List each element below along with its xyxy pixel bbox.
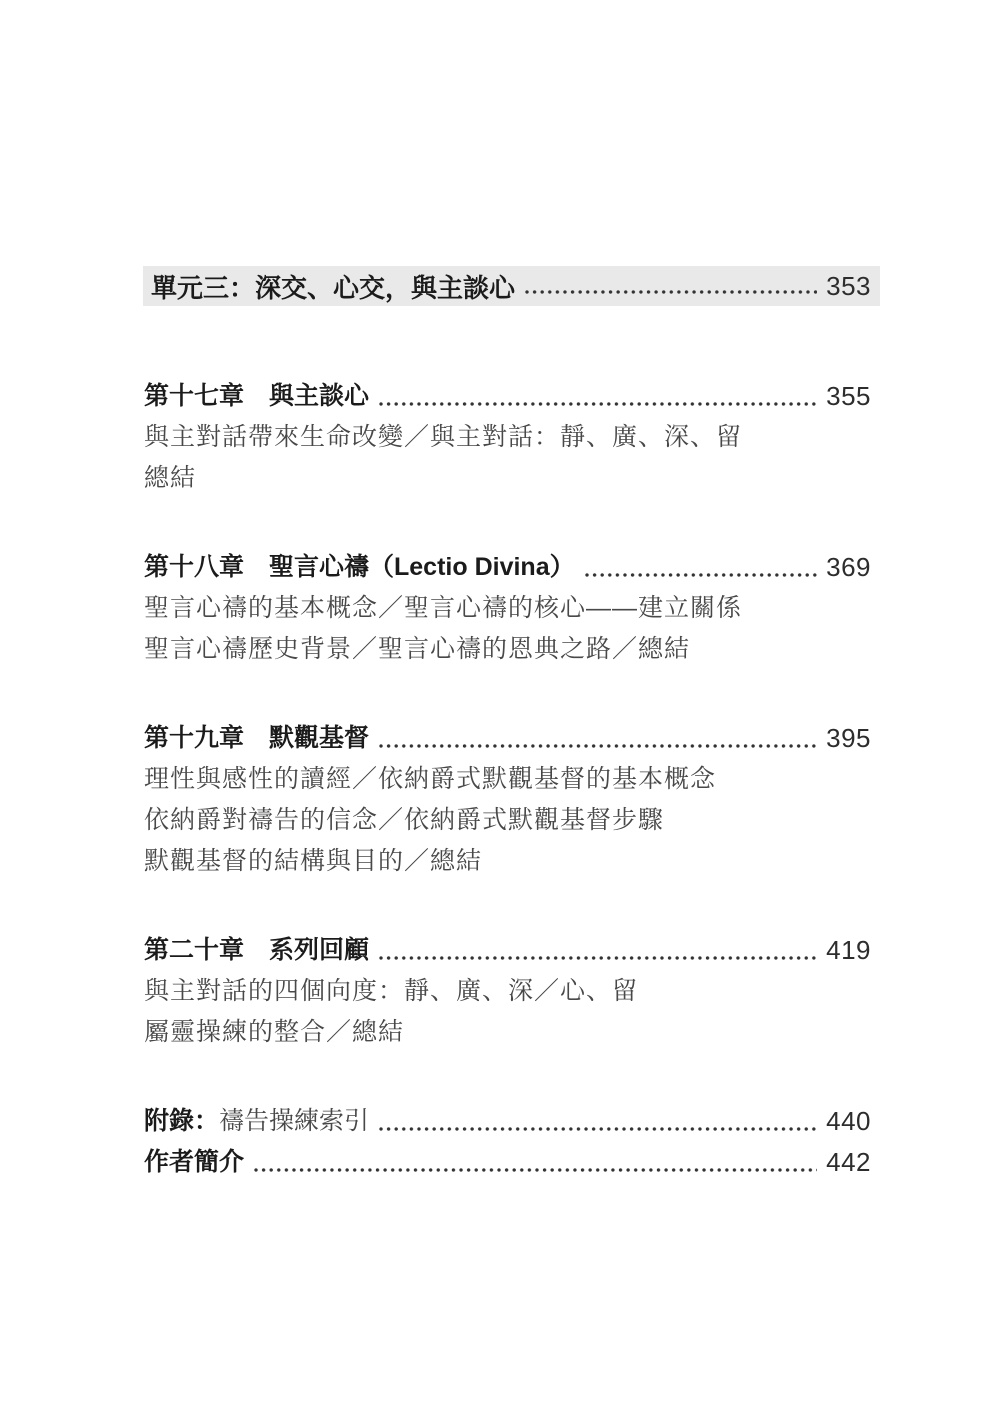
chapter-entry: 第二十章 系列回顧 419 與主對話的四個向度：靜、廣、深／心、留 屬靈操練的整… xyxy=(144,930,871,1053)
appendix-title: 禱告操練索引 xyxy=(219,1101,369,1142)
chapter-heading-row: 第十九章 默觀基督 395 xyxy=(144,718,871,759)
chapter-page-number: 369 xyxy=(826,547,871,588)
dot-leader xyxy=(254,1168,817,1172)
chapter-entry: 第十七章 與主談心 355 與主對話帶來生命改變／與主對話：靜、廣、深、留 總結 xyxy=(144,376,871,499)
chapter-title: 第二十章 系列回顧 xyxy=(144,930,369,971)
unit-header-bar: 單元三：深交、心交，與主談心 353 xyxy=(143,266,880,306)
dot-leader xyxy=(379,1127,817,1131)
chapter-subtitle: 與主對話的四個向度：靜、廣、深／心、留 xyxy=(144,971,871,1012)
chapter-subtitle: 默觀基督的結構與目的／總結 xyxy=(144,841,871,882)
chapter-page-number: 419 xyxy=(826,930,871,971)
chapter-subtitle: 與主對話帶來生命改變／與主對話：靜、廣、深、留 xyxy=(144,417,871,458)
author-page-number: 442 xyxy=(826,1142,871,1183)
unit-title: 單元三：深交、心交，與主談心 xyxy=(151,268,515,305)
appendix-entry: 附錄： 禱告操練索引 440 xyxy=(144,1101,871,1142)
dot-leader xyxy=(585,573,818,577)
appendix-label: 附錄： xyxy=(144,1101,219,1142)
chapter-page-number: 355 xyxy=(826,376,871,417)
chapter-heading-row: 第十八章 聖言心禱（Lectio Divina） 369 xyxy=(144,547,871,588)
author-label: 作者簡介 xyxy=(144,1142,244,1183)
dot-leader xyxy=(379,744,817,748)
chapter-entry: 第十九章 默觀基督 395 理性與感性的讀經／依納爵式默觀基督的基本概念 依納爵… xyxy=(144,718,871,882)
chapter-title: 第十八章 聖言心禱（Lectio Divina） xyxy=(144,547,575,588)
dot-leader xyxy=(379,402,817,406)
chapter-title: 第十七章 與主談心 xyxy=(144,376,369,417)
dot-leader xyxy=(525,290,817,294)
chapter-heading-row: 第二十章 系列回顧 419 xyxy=(144,930,871,971)
chapter-title: 第十九章 默觀基督 xyxy=(144,718,369,759)
author-entry: 作者簡介 442 xyxy=(144,1142,871,1183)
chapter-subtitle: 聖言心禱的基本概念／聖言心禱的核心——建立關係 xyxy=(144,588,871,629)
chapter-subtitle: 屬靈操練的整合／總結 xyxy=(144,1012,871,1053)
appendix-page-number: 440 xyxy=(826,1101,871,1142)
unit-page-number: 353 xyxy=(826,271,871,302)
chapter-subtitle: 總結 xyxy=(144,458,871,499)
chapter-heading-row: 第十七章 與主談心 355 xyxy=(144,376,871,417)
chapter-subtitle: 理性與感性的讀經／依納爵式默觀基督的基本概念 xyxy=(144,759,871,800)
chapter-page-number: 395 xyxy=(826,718,871,759)
chapter-subtitle: 依納爵對禱告的信念／依納爵式默觀基督步驟 xyxy=(144,800,871,841)
dot-leader xyxy=(379,956,817,960)
toc-content: 單元三：深交、心交，與主談心 353 第十七章 與主談心 355 與主對話帶來生… xyxy=(144,266,871,1183)
chapter-entry: 第十八章 聖言心禱（Lectio Divina） 369 聖言心禱的基本概念／聖… xyxy=(144,547,871,670)
toc-page: 單元三：深交、心交，與主談心 353 第十七章 與主談心 355 與主對話帶來生… xyxy=(0,0,1000,1404)
chapter-subtitle: 聖言心禱歷史背景／聖言心禱的恩典之路／總結 xyxy=(144,629,871,670)
